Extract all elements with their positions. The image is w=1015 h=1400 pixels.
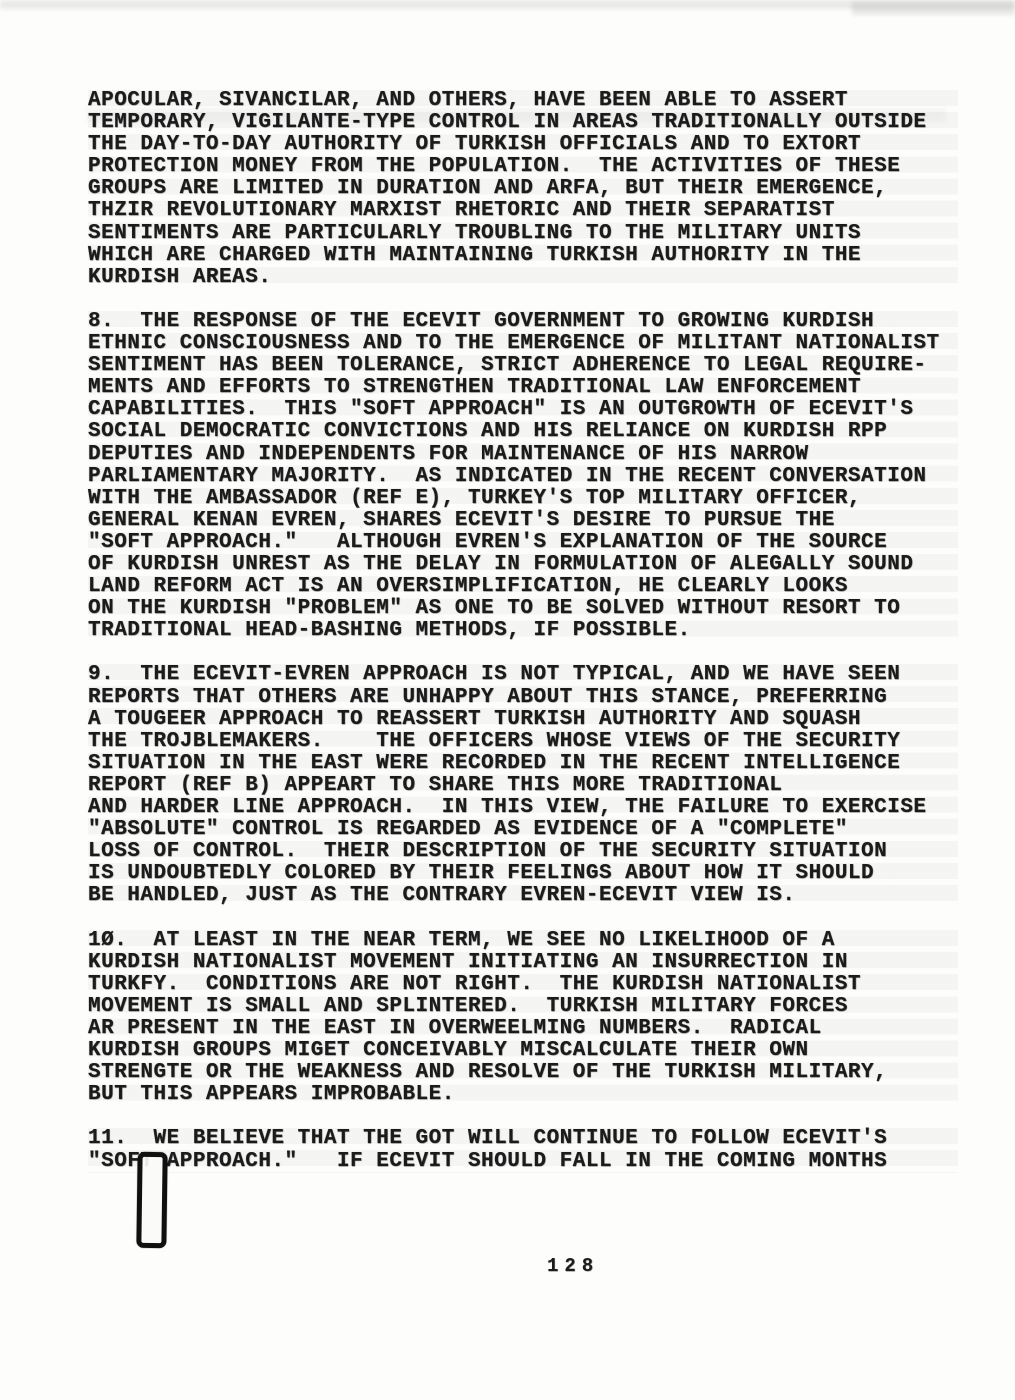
text-line: 11. WE BELIEVE THAT THE GOT WILL CONTINU… bbox=[88, 1128, 958, 1150]
paragraph-9: 9. THE ECEVIT-EVREN APPROACH IS NOT TYPI… bbox=[88, 664, 958, 907]
text-line: KURDISH NATIONALIST MOVEMENT INITIATING … bbox=[88, 952, 958, 974]
scan-artifact-top-right bbox=[852, 2, 1015, 15]
text-line: 9. THE ECEVIT-EVREN APPROACH IS NOT TYPI… bbox=[88, 664, 958, 686]
text-line: LAND REFORM ACT IS AN OVERSIMPLIFICATION… bbox=[88, 576, 958, 598]
text-line: BUT THIS APPEARS IMPROBABLE. bbox=[88, 1084, 958, 1106]
text-line: 1Ø. AT LEAST IN THE NEAR TERM, WE SEE NO… bbox=[88, 930, 958, 952]
page-number: 128 bbox=[547, 1255, 599, 1277]
text-line: TRADITIONAL HEAD-BASHING METHODS, IF POS… bbox=[88, 620, 958, 642]
paragraph-continuation: APOCULAR, SIVANCILAR, AND OTHERS, HAVE B… bbox=[88, 90, 958, 289]
text-line: CAPABILITIES. THIS "SOFT APPROACH" IS AN… bbox=[88, 399, 958, 421]
text-line: A TOUGEER APPROACH TO REASSERT TURKISH A… bbox=[88, 709, 958, 731]
text-line: "SOFT APPROACH." ALTHOUGH EVREN'S EXPLAN… bbox=[88, 532, 958, 554]
text-line: MOVEMENT IS SMALL AND SPLINTERED. TURKIS… bbox=[88, 996, 958, 1018]
paragraph-10: 1Ø. AT LEAST IN THE NEAR TERM, WE SEE NO… bbox=[88, 930, 958, 1107]
text-line: DEPUTIES AND INDEPENDENTS FOR MAINTENANC… bbox=[88, 444, 958, 466]
text-line: KURDISH AREAS. bbox=[88, 267, 958, 289]
text-line: WHICH ARE CHARGED WITH MAINTAINING TURKI… bbox=[88, 245, 958, 267]
text-line: TURKFY. CONDITIONS ARE NOT RIGHT. THE KU… bbox=[88, 974, 958, 996]
text-line: SENTIMENT HAS BEEN TOLERANCE, STRICT ADH… bbox=[88, 355, 958, 377]
text-line: SITUATION IN THE EAST WERE RECORDED IN T… bbox=[88, 753, 958, 775]
text-line: PARLIAMENTARY MAJORITY. AS INDICATED IN … bbox=[88, 466, 958, 488]
text-line: STRENGTE OR THE WEAKNESS AND RESOLVE OF … bbox=[88, 1062, 958, 1084]
text-line: "SOFT APPROACH." IF ECEVIT SHOULD FALL I… bbox=[88, 1151, 958, 1173]
scanned-document-page: APOCULAR, SIVANCILAR, AND OTHERS, HAVE B… bbox=[0, 0, 1015, 1400]
text-line: PROTECTION MONEY FROM THE POPULATION. TH… bbox=[88, 156, 958, 178]
text-line: OF KURDISH UNREST AS THE DELAY IN FORMUL… bbox=[88, 554, 958, 576]
text-line: "ABSOLUTE" CONTROL IS REGARDED AS EVIDEN… bbox=[88, 819, 958, 841]
text-line: REPORTS THAT OTHERS ARE UNHAPPY ABOUT TH… bbox=[88, 687, 958, 709]
text-line: MENTS AND EFFORTS TO STRENGTHEN TRADITIO… bbox=[88, 377, 958, 399]
text-line: AR PRESENT IN THE EAST IN OVERWEELMING N… bbox=[88, 1018, 958, 1040]
paragraph-8: 8. THE RESPONSE OF THE ECEVIT GOVERNMENT… bbox=[88, 311, 958, 642]
text-line: KURDISH GROUPS MIGET CONCEIVABLY MISCALC… bbox=[88, 1040, 958, 1062]
text-line: REPORT (REF B) APPEART TO SHARE THIS MOR… bbox=[88, 775, 958, 797]
text-line: ON THE KURDISH "PROBLEM" AS ONE TO BE SO… bbox=[88, 598, 958, 620]
text-line: AND HARDER LINE APPROACH. IN THIS VIEW, … bbox=[88, 797, 958, 819]
text-line: APOCULAR, SIVANCILAR, AND OTHERS, HAVE B… bbox=[88, 90, 958, 112]
text-line: LOSS OF CONTROL. THEIR DESCRIPTION OF TH… bbox=[88, 841, 958, 863]
text-line: GROUPS ARE LIMITED IN DURATION AND ARFA,… bbox=[88, 178, 958, 200]
paragraph-11: 11. WE BELIEVE THAT THE GOT WILL CONTINU… bbox=[88, 1128, 958, 1172]
text-line: GENERAL KENAN EVREN, SHARES ECEVIT'S DES… bbox=[88, 510, 958, 532]
text-line: SOCIAL DEMOCRATIC CONVICTIONS AND HIS RE… bbox=[88, 421, 958, 443]
text-line: WITH THE AMBASSADOR (REF E), TURKEY'S TO… bbox=[88, 488, 958, 510]
text-line: TEMPORARY, VIGILANTE-TYPE CONTROL IN ARE… bbox=[88, 112, 958, 134]
text-line: THZIR REVOLUTIONARY MARXIST RHETORIC AND… bbox=[88, 200, 958, 222]
document-body-text: APOCULAR, SIVANCILAR, AND OTHERS, HAVE B… bbox=[88, 90, 958, 1173]
text-line: BE HANDLED, JUST AS THE CONTRARY EVREN-E… bbox=[88, 885, 958, 907]
text-line: THE DAY-TO-DAY AUTHORITY OF TURKISH OFFI… bbox=[88, 134, 958, 156]
text-line: ETHNIC CONSCIOUSNESS AND TO THE EMERGENC… bbox=[88, 333, 958, 355]
ink-mark-artifact bbox=[136, 1152, 167, 1248]
text-line: SENTIMENTS ARE PARTICULARLY TROUBLING TO… bbox=[88, 223, 958, 245]
text-line: IS UNDOUBTEDLY COLORED BY THEIR FEELINGS… bbox=[88, 863, 958, 885]
text-line: THE TROJBLEMAKERS. THE OFFICERS WHOSE VI… bbox=[88, 731, 958, 753]
text-line: 8. THE RESPONSE OF THE ECEVIT GOVERNMENT… bbox=[88, 311, 958, 333]
